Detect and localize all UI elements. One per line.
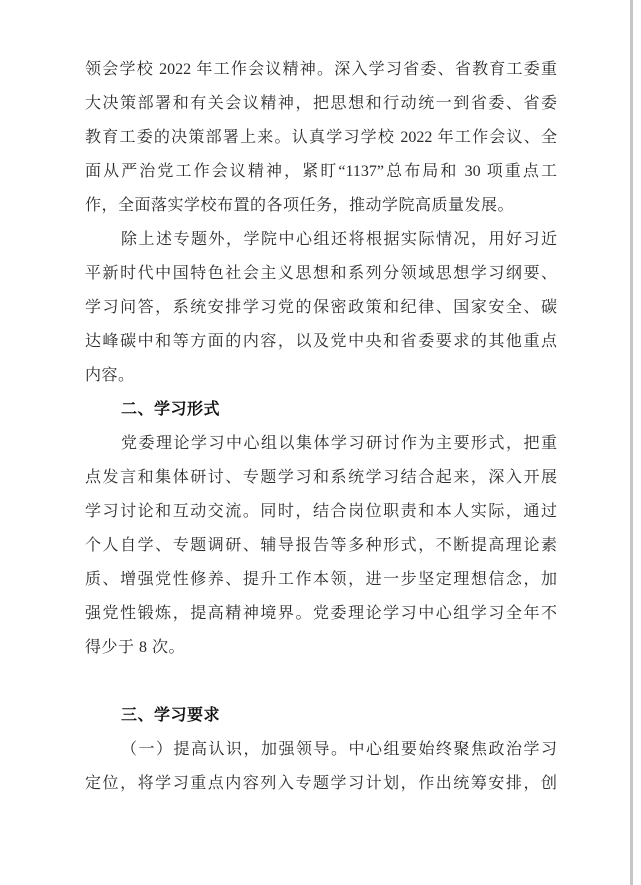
text-line: 大决策部署和有关会议精神，把思想和行动统一到省委、省委 — [85, 87, 557, 121]
text-line: 质、增强党性修养、提升工作本领，进一步坚定理想信念，加 — [85, 563, 557, 597]
text-line: 强党性锻炼，提高精神境界。党委理论学习中心组学习全年不 — [85, 597, 557, 631]
text-line: 面从严治党工作会议精神，紧盯“1137”总布局和 30 项重点工 — [85, 155, 557, 189]
text-line: 学习讨论和互动交流。同时，结合岗位职责和本人实际，通过 — [85, 495, 557, 529]
section-heading: 三、学习要求 — [85, 699, 557, 733]
text-line: 点发言和集体研讨、专题学习和系统学习结合起来，深入开展 — [85, 461, 557, 495]
text-line: （一）提高认识，加强领导。中心组要始终聚焦政治学习 — [85, 733, 557, 767]
document-body: 领会学校 2022 年工作会议精神。深入学习省委、省教育工委重大决策部署和有关会… — [85, 53, 557, 801]
text-line: 党委理论学习中心组以集体学习研讨作为主要形式，把重 — [85, 427, 557, 461]
text-line: 学习问答，系统安排学习党的保密政策和纪律、国家安全、碳 — [85, 291, 557, 325]
text-line: 得少于 8 次。 — [85, 631, 557, 665]
text-line: 除上述专题外，学院中心组还将根据实际情况，用好习近 — [85, 223, 557, 257]
blank-line — [85, 665, 557, 699]
text-line: 达峰碳中和等方面的内容，以及党中央和省委要求的其他重点 — [85, 325, 557, 359]
text-line: 内容。 — [85, 359, 557, 393]
text-line: 作，全面落实学校布置的各项任务，推动学院高质量发展。 — [85, 189, 557, 223]
text-line: 个人自学、专题调研、辅导报告等多种形式，不断提高理论素 — [85, 529, 557, 563]
text-line: 领会学校 2022 年工作会议精神。深入学习省委、省教育工委重 — [85, 53, 557, 87]
page-edge-line — [630, 0, 633, 885]
document-page: 领会学校 2022 年工作会议精神。深入学习省委、省教育工委重大决策部署和有关会… — [0, 0, 641, 885]
text-line: 教育工委的决策部署上来。认真学习学校 2022 年工作会议、全 — [85, 121, 557, 155]
section-heading: 二、学习形式 — [85, 393, 557, 427]
text-line: 定位，将学习重点内容列入专题学习计划，作出统筹安排，创 — [85, 767, 557, 801]
text-line: 平新时代中国特色社会主义思想和系列分领域思想学习纲要、 — [85, 257, 557, 291]
